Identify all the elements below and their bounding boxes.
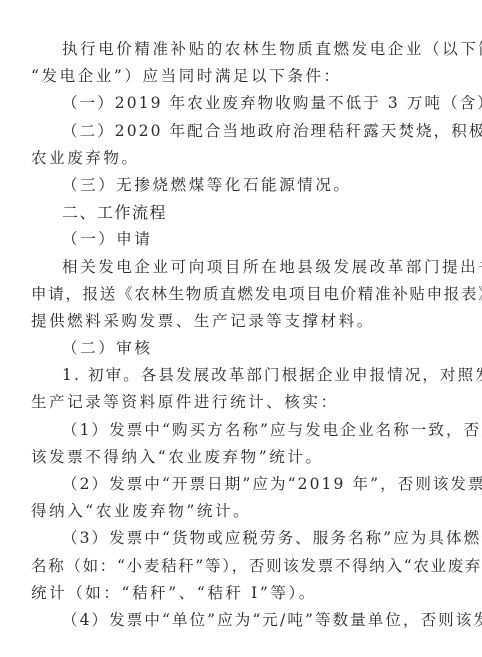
review-rule-4: （4）发票中“单位”应为“元/吨”等数量单位，否则该发 bbox=[31, 607, 447, 634]
paragraph-initial-review-cont: 生产记录等资料原件进行统计、核实： bbox=[31, 389, 447, 416]
paragraph-conditions-intro: 执行电价精准补贴的农林生物质直燃发电企业（以下简称 bbox=[31, 36, 447, 63]
review-rule-3-cont-2: 统计（如：“秸秆”、“秸秆 I”等）。 bbox=[31, 580, 447, 607]
review-rule-3-cont-1: 名称（如：“小麦秸秆”等），否则该发票不得纳入“农业废弃物” bbox=[31, 553, 447, 580]
section-heading-workflow: 二、工作流程 bbox=[31, 199, 447, 226]
condition-item-2: （二）2020 年配合当地政府治理秸秆露天焚烧，积极收购 bbox=[31, 118, 447, 145]
review-rule-1: （1）发票中“购买方名称”应与发电企业名称一致，否则 bbox=[31, 417, 447, 444]
condition-item-1: （一）2019 年农业废弃物收购量不低于 3 万吨（含）。 bbox=[31, 90, 447, 117]
subheading-application: （一）申请 bbox=[31, 226, 447, 253]
paragraph-conditions-intro-cont: “发电企业”）应当同时满足以下条件： bbox=[31, 63, 447, 90]
paragraph-application-cont-2: 提供燃料采购发票、生产记录等支撑材料。 bbox=[31, 308, 447, 335]
subheading-review: （二）审核 bbox=[31, 335, 447, 362]
paragraph-application: 相关发电企业可向项目所在地县级发展改革部门提出书面 bbox=[31, 254, 447, 281]
review-rule-3: （3）发票中“货物或应税劳务、服务名称”应为具体燃料 bbox=[31, 525, 447, 552]
review-rule-2-cont: 得纳入“农业废弃物”统计。 bbox=[31, 498, 447, 525]
condition-item-2-cont: 农业废弃物。 bbox=[31, 145, 447, 172]
review-rule-2: （2）发票中“开票日期”应为“2019 年”，否则该发票不 bbox=[31, 471, 447, 498]
paragraph-application-cont-1: 申请，报送《农林生物质直燃发电项目电价精准补贴申报表》， bbox=[31, 281, 447, 308]
paragraph-initial-review: 1. 初审。各县发展改革部门根据企业申报情况，对照发票、 bbox=[31, 362, 447, 389]
document-page: 执行电价精准补贴的农林生物质直燃发电企业（以下简称 “发电企业”）应当同时满足以… bbox=[31, 36, 447, 634]
review-rule-1-cont: 该发票不得纳入“农业废弃物”统计。 bbox=[31, 444, 447, 471]
condition-item-3: （三）无掺烧燃煤等化石能源情况。 bbox=[31, 172, 447, 199]
